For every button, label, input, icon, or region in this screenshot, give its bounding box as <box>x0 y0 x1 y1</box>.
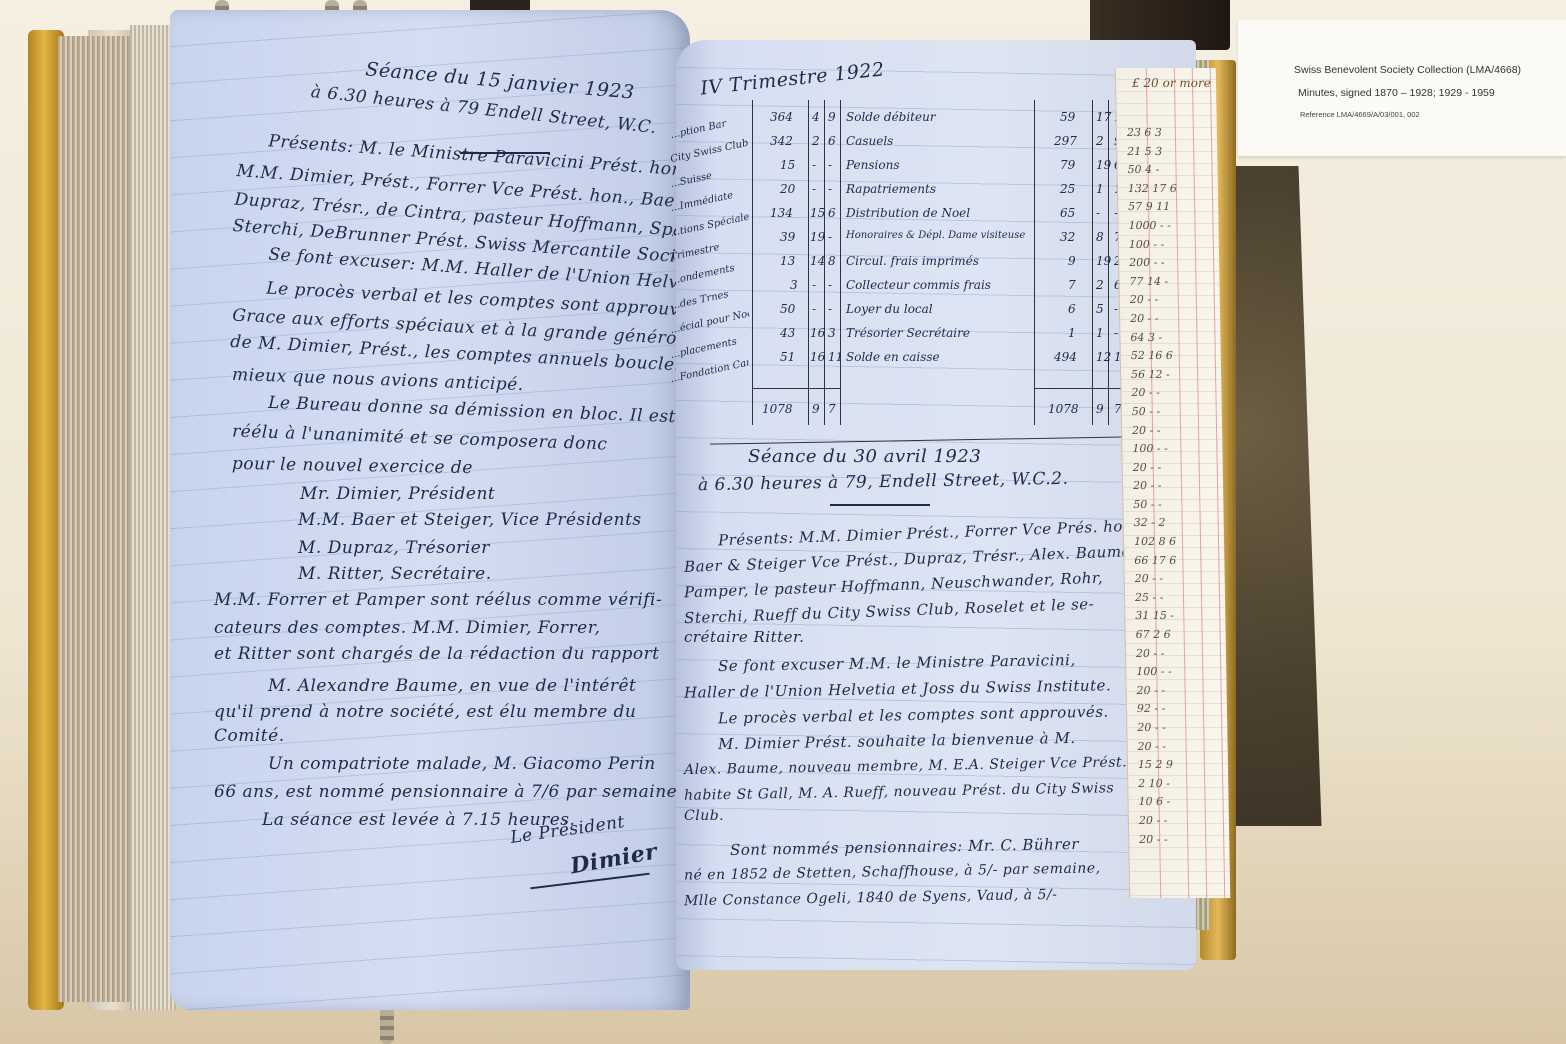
ledger-entry: 10 6 - <box>1138 795 1187 814</box>
label-reference: Reference LMA/4669/A/03/001, 002 <box>1300 110 1420 119</box>
table-row: 43163Trésorier Secrétaire11- <box>752 322 1132 346</box>
right-line: crétaire Ritter. <box>684 628 804 646</box>
ledger-entry: 100 - - <box>1129 238 1178 257</box>
officer-secretary: M. Ritter, Secrétaire. <box>298 564 492 584</box>
left-line: 66 ans, est nommé pensionnaire à 7/6 par… <box>214 782 677 802</box>
ledger-header: £ 20 or more <box>1132 76 1211 90</box>
ledger-entries: 23 6 3 21 5 3 50 4 - 132 17 6 57 9 11 10… <box>1127 126 1189 851</box>
ledger-entry: 50 - - <box>1132 405 1181 424</box>
ledger-entry: 77 14 - <box>1129 275 1178 294</box>
ledger-entry: 23 6 3 <box>1127 126 1176 145</box>
ledger-entry: 20 - - <box>1130 293 1179 312</box>
table-row: 50--Loyer du local65- <box>752 298 1132 322</box>
left-line: M. Alexandre Baume, en vue de l'intérêt <box>268 676 636 696</box>
ledger-entry: 100 - - <box>1136 665 1185 684</box>
ledger-entry: 52 16 6 <box>1131 349 1180 368</box>
left-line: M.M. Forrer et Pamper sont réélus comme … <box>214 590 662 610</box>
heading-rule <box>830 504 930 506</box>
ledger-entry: 20 - - <box>1130 312 1179 331</box>
left-line: et Ritter sont chargés de la rédaction d… <box>214 644 660 664</box>
ledger-entry: 64 3 - <box>1130 331 1179 350</box>
ledger-index-strip: £ 20 or more 23 6 3 21 5 3 50 4 - 132 17… <box>1115 68 1230 898</box>
table-row: 36449Solde débiteur59171 <box>752 106 1132 130</box>
ledger-entry: 20 - - <box>1136 647 1185 666</box>
ledger-entry: 20 - - <box>1139 833 1188 852</box>
ledger-entry: 200 - - <box>1129 256 1178 275</box>
ledger-entry: 56 12 - <box>1131 368 1180 387</box>
table-row: 3--Collecteur commis frais726 <box>752 274 1132 298</box>
ledger-entry: 21 5 3 <box>1127 145 1176 164</box>
left-line: cateurs des comptes. M.M. Dimier, Forrer… <box>214 618 600 638</box>
officer-treasurer: M. Dupraz, Trésorier <box>298 538 490 558</box>
ledger-entry: 1000 - - <box>1128 219 1177 238</box>
ledger-entry: 25 - - <box>1135 591 1184 610</box>
table-row: 13148Circul. frais imprimés9192 <box>752 250 1132 274</box>
total-row: 107897107897 <box>752 398 1132 422</box>
ledger-entry: 132 17 6 <box>1128 182 1177 201</box>
label-description: Minutes, signed 1870 – 1928; 1929 - 1959 <box>1298 87 1495 99</box>
ledger-entry: 20 - - <box>1131 386 1180 405</box>
page-edges-left <box>58 36 138 1002</box>
label-collection: Swiss Benevolent Society Collection (LMA… <box>1294 64 1521 76</box>
officer-vice-presidents: M.M. Baer et Steiger, Vice Présidents <box>298 510 642 530</box>
ledger-entry: 20 - - <box>1137 721 1186 740</box>
ledger-entry: 20 - - <box>1133 479 1182 498</box>
table-row: 3919-Honoraires & Dépl. Dame visiteuse32… <box>752 226 1132 250</box>
ledger-entry: 20 - - <box>1135 572 1184 591</box>
left-line: Comité. <box>214 726 285 746</box>
exhibit-label-card: Swiss Benevolent Society Collection (LMA… <box>1238 20 1566 156</box>
table-row: 15--Pensions79196 <box>752 154 1132 178</box>
account-side-notes: ...ption Bar City Swiss Club ...Suisse .… <box>672 130 752 398</box>
left-line: qu'il prend à notre société, est élu mem… <box>214 702 636 722</box>
ledger-entry: 2 10 - <box>1138 777 1187 796</box>
ledger-entry: 100 - - <box>1132 442 1181 461</box>
ledger-entry: 32 - 2 <box>1134 516 1183 535</box>
left-line: Un compatriote malade, M. Giacomo Perin <box>268 754 656 774</box>
ledger-entry: 66 17 6 <box>1134 554 1183 573</box>
right-line: Club. <box>684 808 724 824</box>
ledger-entry: 50 4 - <box>1127 163 1176 182</box>
left-line: pour le nouvel exercice de <box>232 454 473 478</box>
table-row: 511611Solde en caisse4941211 <box>752 346 1132 370</box>
ledger-entry: 92 - - <box>1137 702 1186 721</box>
right-session-heading: Séance du 30 avril 1923 <box>748 446 981 467</box>
officer-president: Mr. Dimier, Président <box>300 484 495 504</box>
ledger-entry: 20 - - <box>1137 740 1186 759</box>
ledger-entry: 67 2 6 <box>1136 628 1185 647</box>
ledger-entry: 20 - - <box>1133 461 1182 480</box>
table-row: 34226Casuels29729 <box>752 130 1132 154</box>
ledger-entry: 20 - - <box>1132 424 1181 443</box>
ledger-entry: 15 2 9 <box>1138 758 1187 777</box>
table-row: 134156Distribution de Noel65-- <box>752 202 1132 226</box>
ledger-entry: 102 8 6 <box>1134 535 1183 554</box>
table-row: 20--Rapatriements2511 <box>752 178 1132 202</box>
ledger-entry: 50 - - <box>1133 498 1182 517</box>
ledger-entry: 20 - - <box>1139 814 1188 833</box>
ledger-entry: 20 - - <box>1137 684 1186 703</box>
ledger-entry: 57 9 11 <box>1128 200 1177 219</box>
accounts-table: 36449Solde débiteur59171 34226Casuels297… <box>752 100 1132 430</box>
ledger-entry: 31 15 - <box>1135 609 1184 628</box>
